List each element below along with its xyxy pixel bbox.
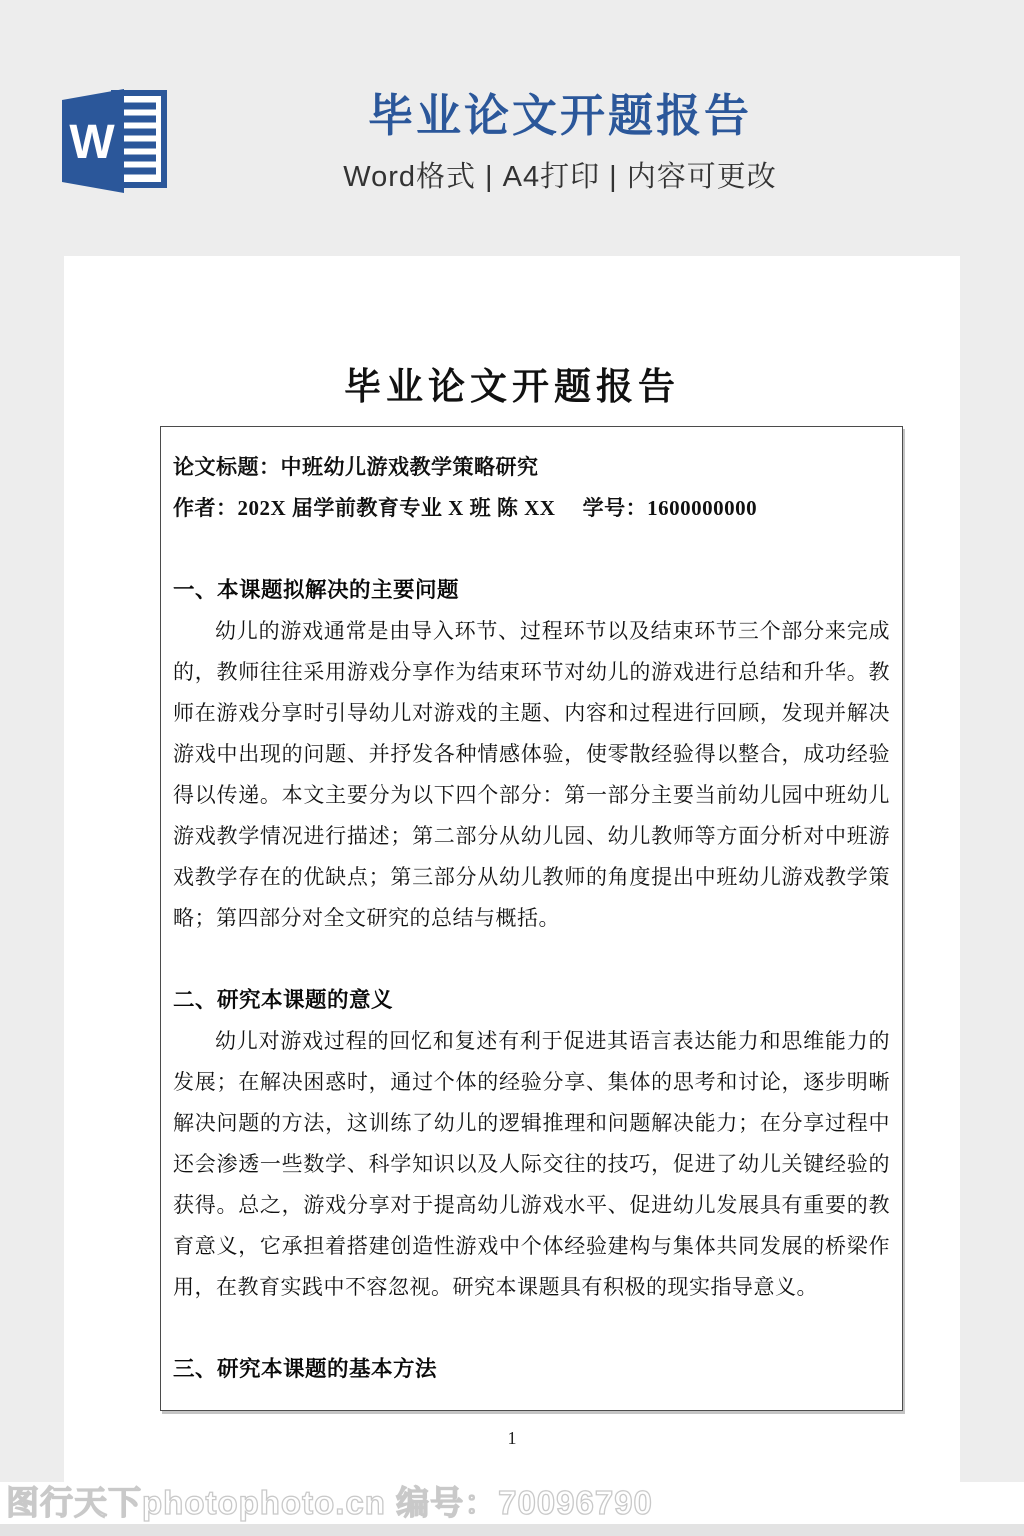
blank-line <box>173 529 890 570</box>
blank-line <box>173 1308 890 1349</box>
meta-thesis-title: 论文标题：中班幼儿游戏教学策略研究 <box>173 447 890 488</box>
section-2-heading: 二、研究本课题的意义 <box>173 980 890 1021</box>
template-title: 毕业论文开题报告 <box>96 90 1024 142</box>
section-3-heading: 三、研究本课题的基本方法 <box>173 1349 890 1390</box>
blank-line <box>173 939 890 980</box>
page-number: 1 <box>64 1428 960 1449</box>
template-subtitle: Word格式 | A4打印 | 内容可更改 <box>96 154 1024 195</box>
section-1-heading: 一、本课题拟解决的主要问题 <box>173 570 890 611</box>
meta-author-line: 作者：202X 届学前教育专业 X 班 陈 XX 学号：1600000000 <box>173 488 890 529</box>
doc-title: 毕业论文开题报告 <box>64 356 960 410</box>
template-header: 毕业论文开题报告 Word格式 | A4打印 | 内容可更改 <box>96 90 1024 195</box>
document-page: 毕业论文开题报告 论文标题：中班幼儿游戏教学策略研究 作者：202X 届学前教育… <box>64 256 960 1536</box>
bottom-strip <box>0 1524 1024 1536</box>
watermark-bar: 图行天下photophoto.cn 编号：70096790 <box>0 1482 1024 1524</box>
watermark-text: 图行天下photophoto.cn 编号：70096790 <box>0 1482 653 1524</box>
content-box: 论文标题：中班幼儿游戏教学策略研究 作者：202X 届学前教育专业 X 班 陈 … <box>160 426 903 1411</box>
section-1-body: 幼儿的游戏通常是由导入环节、过程环节以及结束环节三个部分来完成的，教师往往采用游… <box>173 611 890 939</box>
section-2-body: 幼儿对游戏过程的回忆和复述有利于促进其语言表达能力和思维能力的发展；在解决困惑时… <box>173 1021 890 1308</box>
